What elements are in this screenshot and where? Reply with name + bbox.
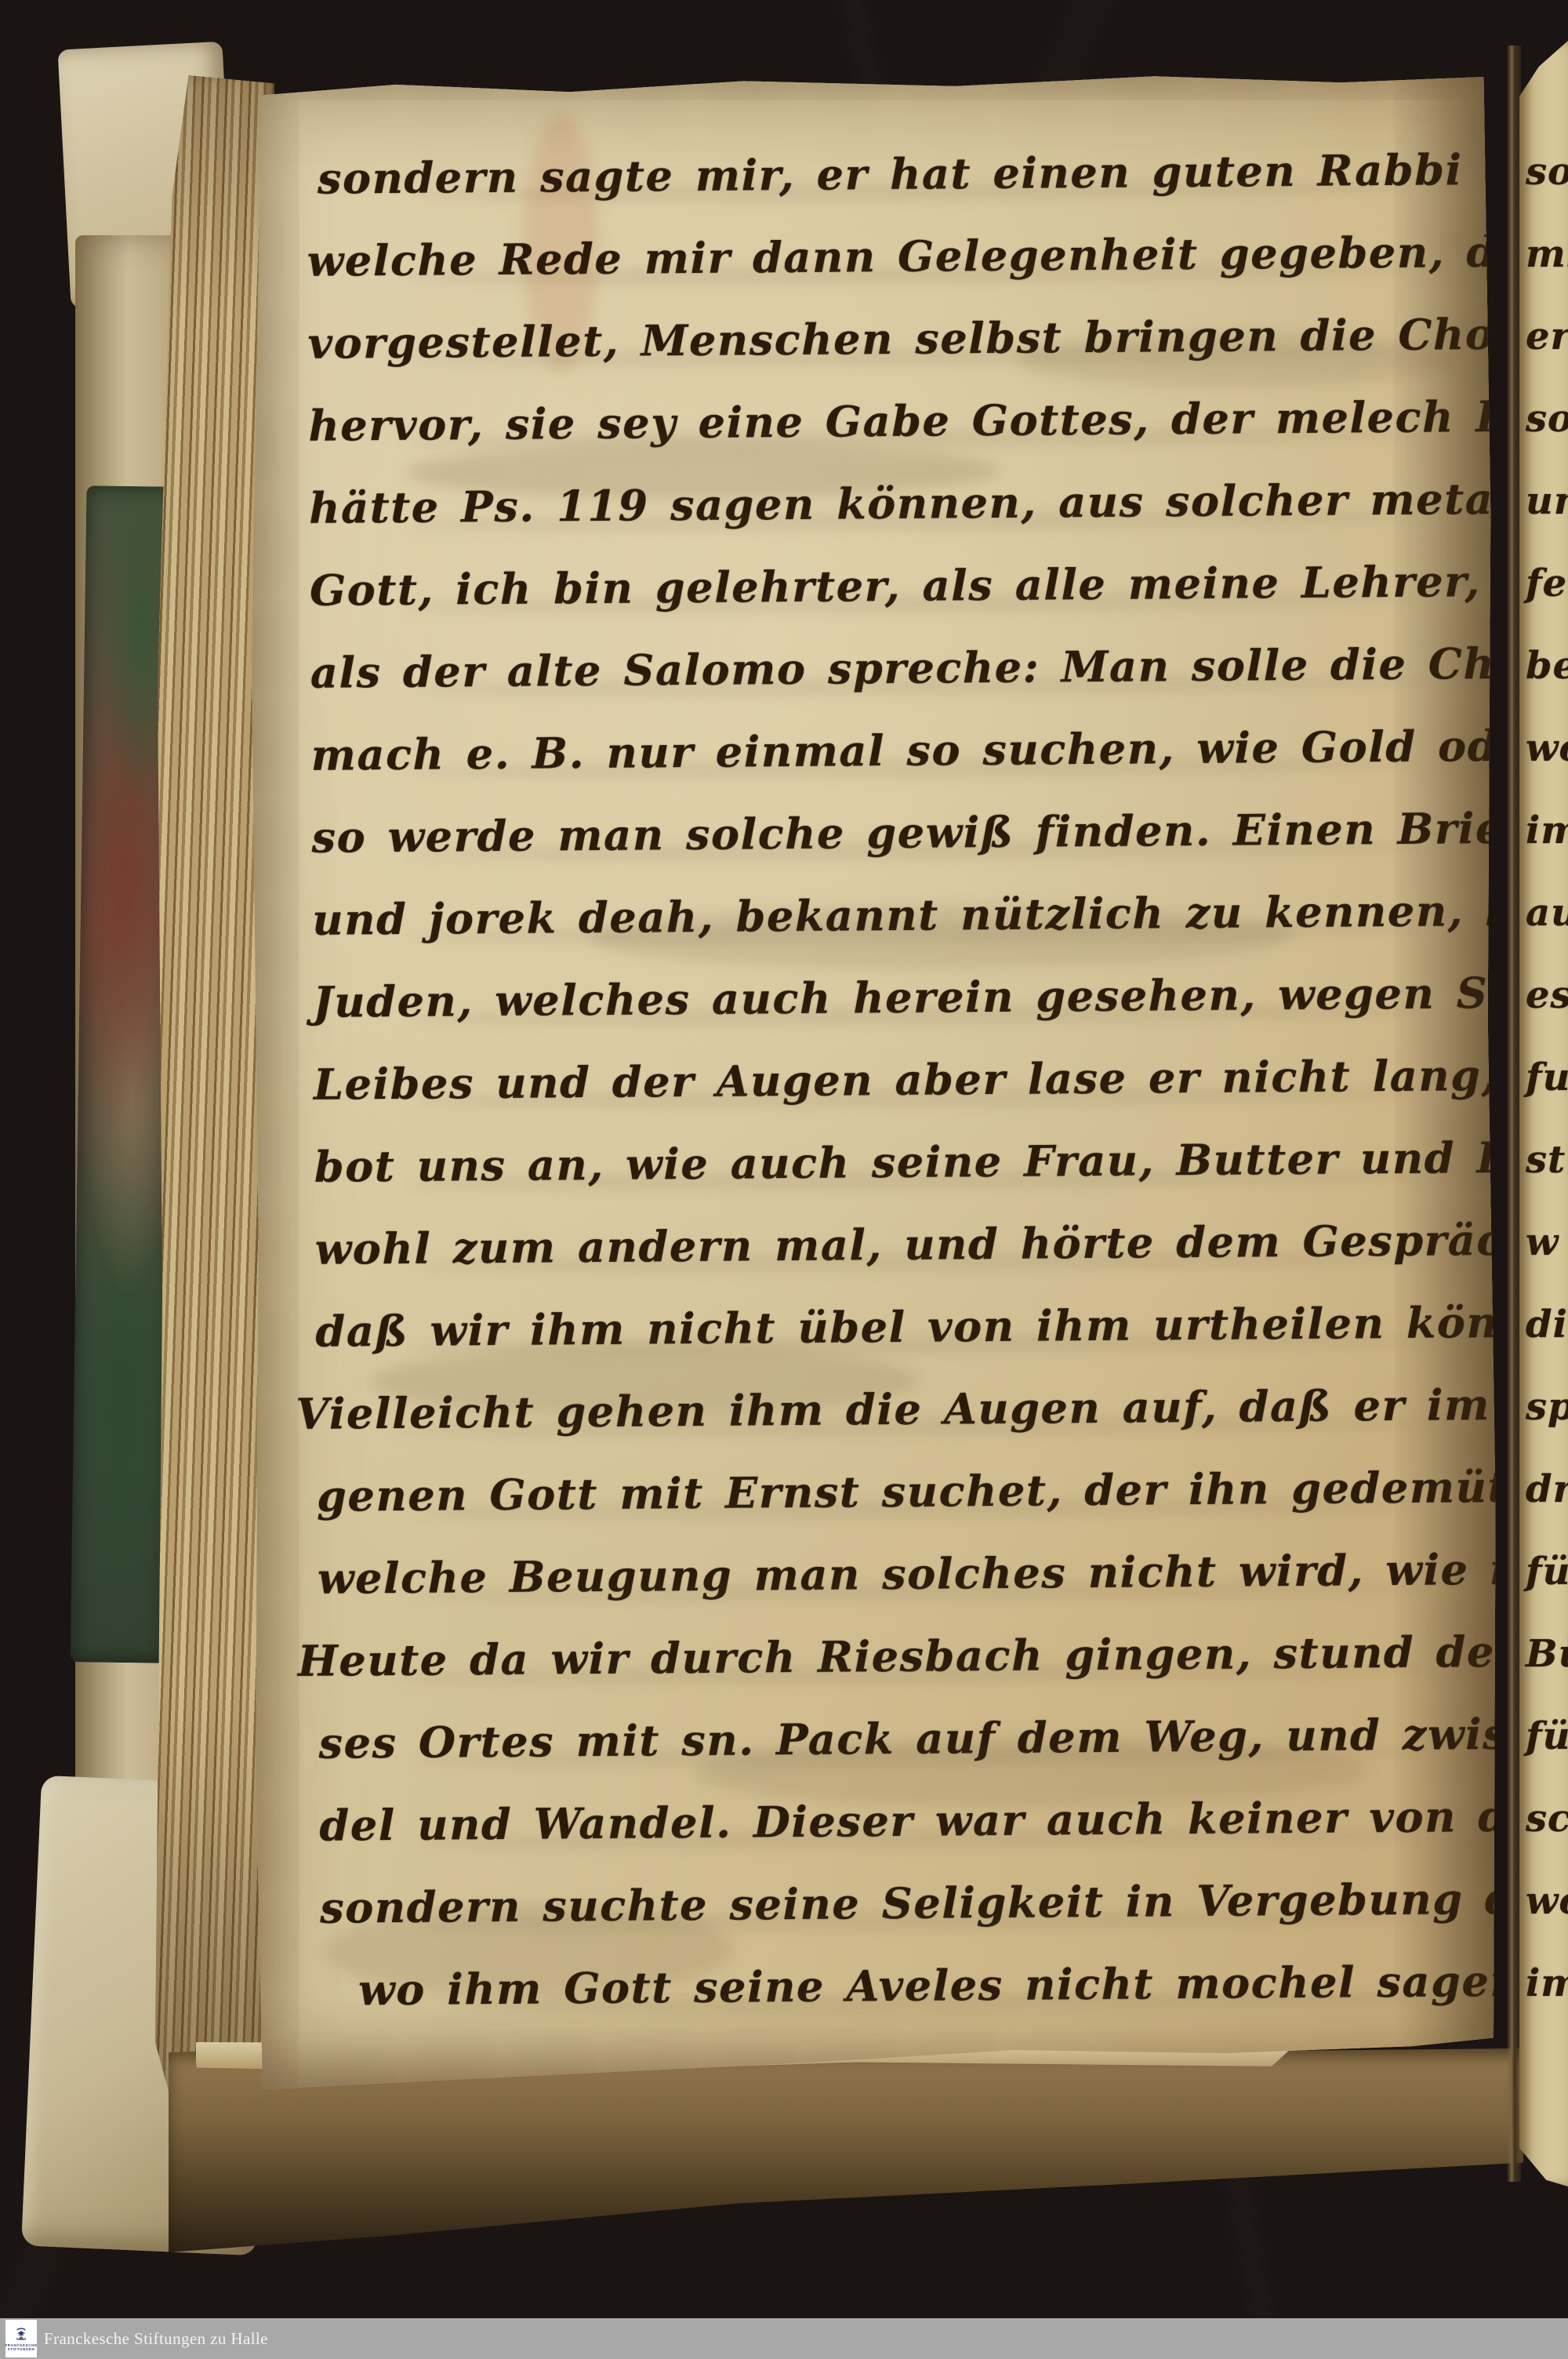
manuscript-line: und jorek deah, bekannt nützlich zu kenn…: [312, 870, 1497, 961]
book-gutter-fold: [1507, 45, 1521, 2182]
manuscript-line: hätte Ps. 119 sagen können, aus solcher …: [309, 458, 1494, 550]
facing-page-line-fragment: es: [1526, 954, 1568, 1037]
facing-page-line-fragment: so w: [1526, 131, 1568, 213]
institution-name: Franckesche Stiftungen zu Halle: [44, 2318, 268, 2359]
manuscript-text-block: sondern sagte mir, er hat einen guten Ra…: [307, 129, 1505, 2032]
manuscript-line: genen Gott mit Ernst suchet, der ihn ged…: [317, 1446, 1501, 1538]
facing-page-sliver: so wmitersolunferbezwoimaufesfunstwdispd…: [1519, 41, 1568, 2186]
manuscript-line: welche Beugung man solches nicht wird, w…: [318, 1528, 1502, 1620]
facing-page-text-fragments: so wmitersolunferbezwoimaufesfunstwdispd…: [1526, 131, 1568, 2025]
facing-page-line-fragment: fer: [1526, 543, 1568, 625]
facing-page-line-fragment: dr: [1526, 1448, 1568, 1531]
facing-page-line-fragment: auf: [1526, 872, 1568, 954]
eagle-emblem-icon: [13, 2326, 29, 2342]
facing-page-line-fragment: di: [1526, 1284, 1568, 1366]
manuscript-line: als der alte Salomo spreche: Man solle d…: [310, 623, 1494, 714]
facing-page-line-fragment: im: [1526, 1943, 1568, 2025]
facing-page-line-fragment: w: [1526, 1201, 1568, 1284]
facing-page-line-fragment: st: [1526, 1119, 1568, 1201]
facing-page-line-fragment: sp: [1526, 1366, 1568, 1448]
facing-page-line-fragment: mit: [1526, 213, 1568, 296]
facing-page-line-fragment: er: [1526, 296, 1568, 378]
facing-page-line-fragment: bez: [1526, 625, 1568, 707]
manuscript-line: mach e. B. nur einmal so suchen, wie Gol…: [310, 705, 1495, 797]
facing-page-line-fragment: im: [1526, 790, 1568, 872]
watermark-bar: FRANCKESCHE STIFTUNGEN Franckesche Stift…: [0, 2318, 1568, 2359]
manuscript-line: wo ihm Gott seine Aveles nicht mochel sa…: [358, 1940, 1505, 2031]
manuscript-line: sondern sagte mir, er hat einen guten Ra…: [318, 129, 1491, 220]
manuscript-line: Heute da wir durch Riesbach gingen, stun…: [297, 1611, 1502, 1703]
foundation-logo-text: FRANCKESCHE STIFTUNGEN: [5, 2343, 37, 2352]
foundation-logo: FRANCKESCHE STIFTUNGEN: [5, 2320, 37, 2357]
manuscript-line: del und Wandel. Dieser war auch keiner v…: [319, 1776, 1504, 1867]
facing-page-line-fragment: wo: [1526, 707, 1568, 790]
manuscript-line: bot uns an, wie auch seine Frau, Butter …: [314, 1117, 1498, 1209]
facing-page-line-fragment: wo: [1526, 1860, 1568, 1943]
gutter-shadow: [1388, 72, 1498, 2085]
facing-page-line-fragment: sch: [1526, 1778, 1568, 1860]
manuscript-line: wohl zum andern mal, und hörte dem Gespr…: [314, 1199, 1499, 1291]
facing-page-line-fragment: Bü: [1526, 1613, 1568, 1696]
facing-page-line-fragment: fü: [1526, 1531, 1568, 1613]
facing-page-line-fragment: sol: [1526, 378, 1568, 460]
logo-word-2: STIFTUNGEN: [5, 2347, 37, 2352]
facing-page-line-fragment: un: [1526, 460, 1568, 543]
facing-page-line-fragment: fü: [1526, 1696, 1568, 1778]
manuscript-line: ses Ortes mit sn. Pack auf dem Weg, und …: [318, 1693, 1503, 1785]
manuscript-line: so werde man solche gewiß finden. Einen …: [311, 787, 1496, 879]
manuscript-line: sondern suchte seine Seligkeit in Vergeb…: [320, 1858, 1504, 1950]
manuscript-line: vorgestellet, Menschen selbst bringen di…: [307, 293, 1492, 385]
manuscript-line: Juden, welches auch herein gesehen, wege…: [313, 952, 1497, 1044]
manuscript-line: welche Rede mir dann Gelegenheit gegeben…: [307, 211, 1491, 303]
manuscript-line: hervor, sie sey eine Gabe Gottes, der me…: [308, 376, 1493, 467]
manuscript-line: Leibes und der Augen aber lase er nicht …: [314, 1034, 1498, 1126]
manuscript-line: Gott, ich bin gelehrter, als alle meine …: [310, 540, 1494, 632]
manuscript-line: daß wir ihm nicht übel von ihm urtheilen…: [315, 1281, 1500, 1373]
photograph-open-book: sondern sagte mir, er hat einen guten Ra…: [0, 0, 1568, 2359]
facing-page-line-fragment: fun: [1526, 1037, 1568, 1119]
manuscript-line: Vielleicht gehen ihm die Augen auf, daß …: [296, 1364, 1501, 1456]
manuscript-page: sondern sagte mir, er hat einen guten Ra…: [246, 72, 1498, 2090]
